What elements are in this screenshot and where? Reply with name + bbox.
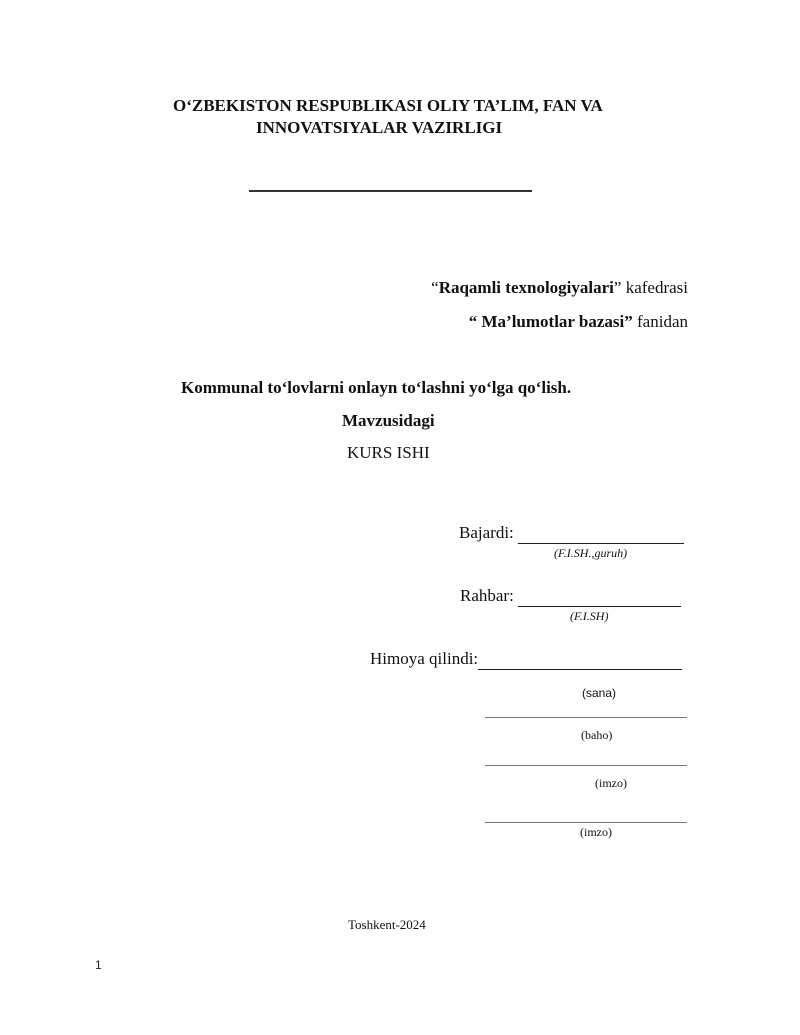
supervisor-label: Rahbar: xyxy=(460,585,514,607)
city-year: Toshkent-2024 xyxy=(348,917,426,933)
subject-name: “ Ma’lumotlar bazasi” xyxy=(469,312,633,331)
signature-line xyxy=(485,822,687,823)
defended-label: Himoya qilindi: xyxy=(370,648,478,670)
work-type: KURS ISHI xyxy=(347,442,430,464)
signature-label-2: (imzo) xyxy=(580,825,612,839)
topic-suffix: Mavzusidagi xyxy=(342,410,435,432)
performer-hint: (F.I.SH.,guruh) xyxy=(554,546,627,560)
department-name: Raqamli texnologiyalari xyxy=(439,278,614,297)
department-suffix: kafedrasi xyxy=(621,278,688,297)
performer-blank-line xyxy=(518,527,684,544)
header-rule xyxy=(249,190,532,192)
ministry-title-line-2: INNOVATSIYALAR VAZIRLIGI xyxy=(256,117,502,139)
page-number: 1 xyxy=(95,958,102,972)
topic-title: Kommunal to‘lovlarni onlayn to‘lashni yo… xyxy=(181,377,571,399)
department-line: “Raqamli texnologiyalari” kafedrasi xyxy=(431,277,688,299)
defended-blank-line xyxy=(478,653,682,670)
department-open-quote: “ xyxy=(431,278,439,297)
performer-label: Bajardi: xyxy=(459,522,514,544)
signature-label-1: (imzo) xyxy=(595,776,627,790)
defended-row: Himoya qilindi: xyxy=(370,648,682,670)
subject-line: “ Ma’lumotlar bazasi” fanidan xyxy=(469,311,688,333)
supervisor-row: Rahbar: xyxy=(460,585,681,607)
performer-row: Bajardi: xyxy=(459,522,684,544)
supervisor-blank-line xyxy=(518,590,681,607)
supervisor-hint: (F.I.SH) xyxy=(570,609,608,623)
grade-label: (baho) xyxy=(581,728,612,742)
ministry-title-line-1: O‘ZBEKISTON RESPUBLIKASI OLIY TA’LIM, FA… xyxy=(173,95,603,117)
date-label: (sana) xyxy=(582,686,616,700)
grade-line xyxy=(485,765,687,766)
date-line xyxy=(485,717,687,718)
subject-suffix: fanidan xyxy=(633,312,688,331)
